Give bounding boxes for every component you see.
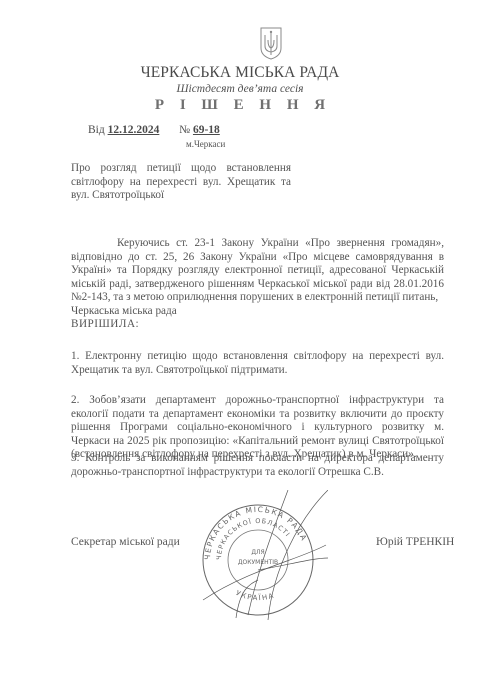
date-number-line: Від 12.12.2024 № 69-18 [88,124,220,136]
trident-coat-of-arms-icon [259,26,283,60]
stamp-center-line1: ДЛЯ [251,549,264,556]
resolved-label: ВИРІШИЛА: [71,318,139,330]
stamp-bottom-text: УКРАЇНА [235,589,276,602]
council-name: ЧЕРКАСЬКА МІСЬКА РАДА [0,64,480,82]
decision-date: 12.12.2024 [108,124,160,136]
session-title: Шістдесят дев’ята сесія [0,83,480,95]
signature-name: Юрій ТРЕНКІН [376,536,454,548]
document-type-title: Р І Ш Е Н Н Я [0,97,480,114]
decision-number: 69-18 [193,124,220,136]
official-stamp: ЧЕРКАСЬКА МІСЬКА РАДА ЧЕРКАСЬКОЇ ОБЛАСТІ… [188,490,328,620]
preamble-paragraph: Керуючись ст. 23-1 Закону України «Про з… [71,237,444,305]
decision-subject: Про розгляд петиції щодо встановлення св… [71,162,291,203]
stamp-center-line2: ДОКУМЕНТІВ [238,559,278,566]
decision-item-1: 1. Електронну петицію щодо встановлення … [71,350,444,377]
number-prefix: № [179,124,190,136]
svg-text:УКРАЇНА: УКРАЇНА [235,589,276,602]
decision-item-3: 3. Контроль за виконанням рішення поклас… [71,452,444,479]
city-label: м.Черкаси [186,139,225,149]
council-line: Черкаська міська рада [71,305,177,317]
signature-role: Секретар міської ради [71,536,180,548]
date-prefix: Від [88,124,105,136]
